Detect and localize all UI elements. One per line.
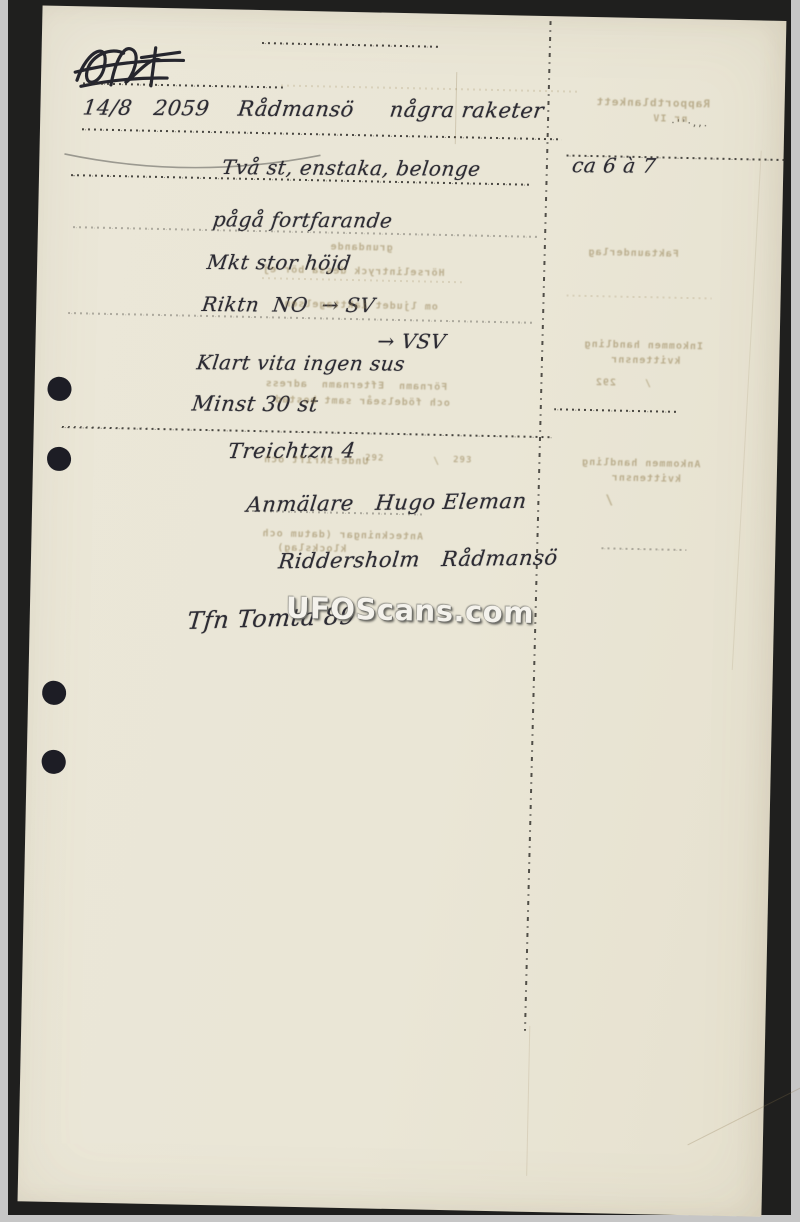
bleed-text: / 292 — [595, 377, 651, 389]
ink-specks: ·''·,,. — [670, 119, 708, 130]
handwritten-reporter-line: Anmälare Hugo Eleman — [245, 489, 528, 517]
punch-hole — [46, 375, 74, 403]
handwritten-line: Två st, enstaka, belonge — [220, 155, 482, 181]
bleed-number: 292 — [365, 453, 384, 463]
dotted-rule — [82, 128, 562, 141]
handwritten-line: pågå fortfarande — [211, 207, 394, 232]
bleed-text: klockslag) — [276, 542, 346, 554]
handwritten-line: Klart vita ingen sus — [195, 350, 406, 375]
fold-crease — [526, 1026, 530, 1176]
punch-hole — [41, 680, 67, 706]
paper-sheet: 14/8 2059 Rådmansö några raketer Två st,… — [18, 5, 787, 1216]
bleed-text: Faktaunderlag — [587, 247, 678, 260]
dotted-rule — [62, 426, 552, 439]
dotted-rule-faint — [567, 294, 712, 299]
handwritten-line: → VSV — [376, 329, 447, 353]
dotted-rule-right — [554, 408, 679, 414]
bleed-text: Förnamn Efternamn adress — [265, 378, 448, 393]
bleed-text: Inkommen handling — [583, 339, 703, 352]
bleed-mark: / — [604, 493, 613, 508]
bleed-text: Underskrift och — [263, 454, 369, 467]
bleed-text: kvittensnr — [611, 472, 681, 484]
punch-hole — [46, 446, 72, 472]
paper-crease — [732, 151, 762, 670]
dotted-rule-faint — [281, 84, 581, 92]
bleed-text: Ankommen handling — [581, 457, 701, 470]
punch-hole — [40, 748, 67, 775]
bleed-text: kvittensnr — [610, 354, 680, 366]
bleed-text: grundande — [329, 242, 392, 254]
dotted-rule-right — [601, 547, 686, 552]
bleed-text: Rapportblankett — [596, 95, 711, 110]
fold-stitch-line — [524, 21, 552, 1031]
bleed-mark: \ — [433, 456, 440, 467]
bleed-number: 293 — [453, 455, 472, 465]
watermark-text: UFOScans.com — [286, 591, 535, 630]
handwritten-date-line: 14/8 2059 Rådmansö några raketer — [82, 96, 546, 123]
handwritten-margin-note: ca 6 à 7 — [571, 153, 658, 178]
scanned-document-page: 14/8 2059 Rådmansö några raketer Två st,… — [0, 0, 800, 1222]
bleed-text: Anteckningar (datum och — [261, 528, 423, 542]
dotted-rule — [262, 42, 442, 49]
